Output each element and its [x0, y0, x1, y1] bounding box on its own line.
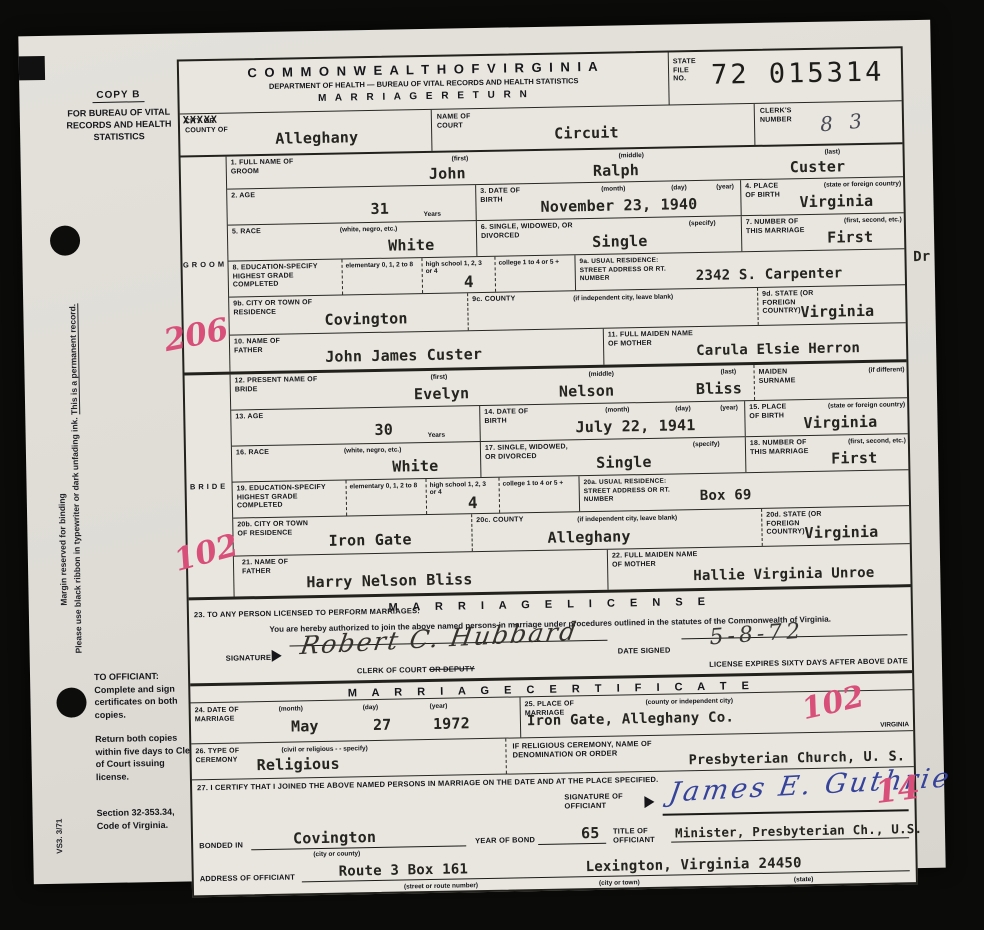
bride-state-cell: 20d. STATE (OR FOREIGN COUNTRY) Virginia: [761, 506, 910, 546]
bride-marriage-number-cell: 18. NUMBER OF THIS MARRIAGE (first, seco…: [745, 434, 909, 472]
bride-education-value: 4: [468, 493, 478, 512]
groom-pob-value: Virginia: [799, 192, 873, 211]
field-label: 22. FULL MAIDEN NAME OF MOTHER: [612, 551, 707, 570]
marriage-year-value: 1972: [433, 714, 470, 733]
groom-residence-cell: 9a. USUAL RESIDENCE: STREET ADDRESS OR R…: [574, 249, 905, 290]
clerk-number-label: CLERK'S NUMBER: [760, 107, 805, 125]
groom-mother-value: Carula Elsie Herron: [696, 340, 860, 359]
year-of-bond-label: YEAR OF BOND: [475, 836, 535, 846]
day-hint: (day): [363, 704, 379, 711]
elementary-option: elementary 0, 1, 2 to 8: [346, 261, 414, 269]
middle-hint: (middle): [619, 152, 644, 159]
court-value: Circuit: [554, 123, 619, 142]
groom-pob-cell: 4. PLACE OF BIRTH (state or foreign coun…: [740, 177, 904, 215]
first-hint: (first): [431, 374, 448, 381]
divider: [421, 258, 423, 293]
ceremony-hint: (civil or religious - - specify): [281, 745, 367, 754]
field-label: 9a. USUAL RESIDENCE: STREET ADDRESS OR R…: [579, 256, 684, 283]
field-label: 2. AGE: [231, 192, 255, 201]
groom-state-cell: 9d. STATE (OR FOREIGN COUNTRY) Virginia: [757, 285, 906, 325]
margin-binding-note: Margin reserved for binding: [57, 493, 69, 606]
bride-residence-cell: 20a. USUAL RESIDENCE: STREET ADDRESS OR …: [578, 470, 909, 511]
state-file-box: STATE FILE NO. 72 015314: [668, 48, 902, 104]
divider: [494, 257, 496, 292]
month-hint: (month): [605, 406, 629, 413]
state-file-number: 72 015314: [711, 57, 885, 91]
address-street-value: Route 3 Box 161: [339, 861, 469, 879]
bride-city-cell: 20b. CITY OR TOWN OF RESIDENCE Iron Gate: [233, 514, 472, 555]
permanent-record-note: This is a permanent record.: [67, 304, 80, 415]
county-value: Alleghany: [275, 128, 358, 148]
field-label: 15. PLACE OF BIRTH: [749, 403, 791, 421]
groom-section: GROOM 1. FULL NAME OF GROOM (first) (mid…: [181, 142, 907, 372]
field-label: 20b. CITY OR TOWN OF RESIDENCE: [237, 520, 317, 538]
clerk-number-cell: CLERK'S NUMBER 8 3: [754, 101, 903, 145]
groom-city-cell: 9b. CITY OR TOWN OF RESIDENCE Covington: [229, 293, 468, 334]
bond-year-line: [538, 843, 606, 845]
license-item-label: 23. TO ANY PERSON LICENSED TO PERFORM MA…: [194, 607, 420, 620]
bride-maiden-cell: MAIDEN SURNAME (if different): [753, 362, 907, 400]
scanned-marriage-record: { "colors":{"pink_ink":"#d8507a","blue_i…: [0, 0, 984, 930]
maiden-hint: (if different): [868, 366, 904, 374]
bride-dob-cell: 14. DATE OF BIRTH (month) (day) (year) J…: [479, 401, 745, 441]
highschool-option: high school 1, 2, 3 or 4: [430, 481, 494, 496]
groom-residence-value: 2342 S. Carpenter: [696, 265, 843, 284]
field-label: 7. NUMBER OF THIS MARRIAGE: [746, 218, 808, 236]
date-signed-label: DATE SIGNED: [618, 647, 671, 656]
ceremony-type-cell: 26. TYPE OF CEREMONY (civil or religious…: [191, 739, 506, 780]
bride-county-value: Alleghany: [547, 527, 630, 547]
groom-age-cell: 2. AGE 31 Years: [227, 185, 476, 225]
county-hint: (if independent city, leave blank): [577, 514, 677, 523]
race-hint: (white, negro, etc.): [344, 446, 402, 454]
officiant-address-label: ADDRESS OF OFFICIANT: [200, 873, 295, 883]
city-or-county-hint: (city or county): [313, 850, 360, 858]
years-label: Years: [428, 432, 445, 439]
ribbon-note-text: Please use black ribbon in typewriter or…: [69, 417, 83, 653]
bride-pob-cell: 15. PLACE OF BIRTH (state or foreign cou…: [744, 398, 908, 436]
header-left: C O M M O N W E A L T H O F V I R G I N …: [179, 53, 669, 114]
month-hint: (month): [279, 705, 303, 712]
state-file-label: STATE FILE NO.: [673, 58, 699, 84]
groom-education-value: 4: [464, 272, 474, 291]
bride-section: BRIDE 12. PRESENT NAME OF BRIDE (first) …: [184, 359, 910, 597]
license-section: M A R R I A G E L I C E N S E 23. TO ANY…: [189, 584, 912, 683]
bride-residence-value: Box 69: [700, 487, 752, 504]
bride-mother-cell: 22. FULL MAIDEN NAME OF MOTHER Hallie Vi…: [607, 544, 911, 590]
officiant-title-label: TITLE OF OFFICIANT: [613, 827, 661, 845]
court-cell: NAME OF COURT Circuit: [431, 104, 755, 151]
bond-year-value: 65: [581, 824, 600, 842]
bride-race-value: White: [392, 457, 438, 476]
groom-race-value: White: [388, 236, 434, 255]
county-hint: (if independent city, leave blank): [573, 293, 673, 302]
bride-first-value: Evelyn: [414, 384, 470, 403]
signature-arrow-icon: [272, 650, 282, 662]
year-hint: (year): [720, 404, 738, 411]
to-officiant-line1: Complete and sign certificates on both c…: [94, 682, 199, 721]
annotation-14: 14: [874, 768, 923, 811]
day-hint: (day): [671, 184, 687, 191]
hole-punch-bottom: [56, 687, 87, 718]
groom-mother-cell: 11. FULL MAIDEN NAME OF MOTHER Carula El…: [603, 323, 907, 365]
marriage-month-value: May: [291, 717, 319, 736]
marriage-return-form: C O M M O N W E A L T H O F V I R G I N …: [177, 46, 918, 897]
bride-middle-value: Nelson: [559, 382, 615, 401]
field-label: 9c. COUNTY: [472, 295, 515, 304]
clerk-of-court-label: CLERK OF COURT OR DEPUTY: [357, 665, 475, 676]
bride-state-value: Virginia: [804, 523, 878, 542]
bride-race-cell: 16. RACE (white, negro, etc.) White: [232, 442, 481, 482]
bride-marital-cell: 17. SINGLE, WIDOWED, OR DIVORCED (specif…: [480, 437, 746, 477]
bride-marriage-number-value: First: [831, 449, 877, 468]
groom-county-cell: 9c. COUNTY (if independent city, leave b…: [467, 288, 758, 330]
groom-state-value: Virginia: [800, 302, 874, 321]
year-hint: (year): [430, 703, 448, 710]
groom-city-value: Covington: [324, 309, 407, 329]
address-zip-value: 24450: [758, 855, 801, 872]
license-expiry-note: LICENSE EXPIRES SIXTY DAYS AFTER ABOVE D…: [709, 657, 908, 669]
number-hint: (first, second, etc.): [848, 437, 906, 445]
divider: [341, 260, 343, 295]
street-hint: (street or route number): [404, 882, 478, 890]
last-hint: (last): [824, 148, 840, 155]
clerk-of-court-text: CLERK OF COURT: [357, 665, 429, 675]
pob-hint: (state or foreign country): [824, 180, 901, 188]
marriage-day-value: 27: [373, 716, 392, 734]
bride-dob-value: July 22, 1941: [575, 416, 695, 436]
maiden-surname-label: MAIDEN SURNAME: [759, 368, 819, 386]
officiant-signature-label: SIGNATURE OF OFFICIANT: [564, 792, 626, 810]
copy-note-line2: RECORDS AND HEALTH: [58, 117, 180, 131]
bonded-in-label: BONDED IN: [199, 841, 243, 850]
groom-father-cell: 10. NAME OF FATHER John James Custer: [230, 329, 604, 372]
field-label: 21. NAME OF FATHER: [242, 558, 297, 576]
divider: [425, 479, 427, 514]
field-label: 4. PLACE OF BIRTH: [745, 182, 787, 200]
bride-city-value: Iron Gate: [328, 530, 411, 550]
scan-corner-artifact: [19, 56, 45, 80]
field-label: 11. FULL MAIDEN NAME OF MOTHER: [608, 330, 703, 349]
field-label: 14. DATE OF BIRTH: [484, 408, 534, 426]
highschool-option: high school 1, 2, 3 or 4: [425, 260, 489, 275]
to-officiant-line2: Return both copies within five days to C…: [95, 731, 200, 783]
field-label: 17. SINGLE, WIDOWED, OR DIVORCED: [485, 443, 580, 462]
bride-pob-value: Virginia: [803, 413, 877, 432]
groom-marital-value: Single: [592, 232, 648, 251]
ceremony-value: Religious: [257, 755, 340, 775]
year-hint: (year): [716, 183, 734, 190]
field-label: 18. NUMBER OF THIS MARRIAGE: [750, 439, 812, 457]
ribbon-note: Please use black ribbon in typewriter or…: [67, 304, 83, 654]
field-label: 9b. CITY OR TOWN OF RESIDENCE: [233, 299, 313, 317]
bride-father-cell: 21. NAME OF FATHER Harry Nelson Bliss: [234, 550, 608, 597]
marriage-date-cell: 24. DATE OF MARRIAGE (month) (day) (year…: [191, 697, 521, 743]
copy-designation: COPY B FOR BUREAU OF VITAL RECORDS AND H…: [57, 83, 180, 143]
groom-last-value: Custer: [790, 157, 846, 176]
bonded-value: Covington: [293, 828, 376, 848]
date-signed-value: 5-8-72: [709, 619, 805, 651]
groom-marriage-number-value: First: [827, 228, 873, 247]
strikeout-x: XXXXX: [183, 115, 218, 127]
college-option: college 1 to 4 or 5 +: [503, 479, 573, 487]
address-city-value: Lexington, Virginia: [585, 856, 749, 875]
field-label: 20c. COUNTY: [476, 516, 523, 525]
field-label: 3. DATE OF BIRTH: [480, 187, 530, 205]
denomination-label: IF RELIGIOUS CEREMONY, NAME OF DENOMINAT…: [512, 739, 702, 759]
month-hint: (month): [601, 185, 625, 192]
number-hint: (first, second, etc.): [844, 216, 902, 224]
specify-hint: (specify): [693, 441, 720, 448]
field-label: 16. RACE: [236, 449, 269, 458]
bride-marital-value: Single: [596, 453, 652, 472]
signature-label: SIGNATURE: [226, 654, 272, 663]
place-hint: (county or independent city): [646, 697, 734, 706]
middle-hint: (middle): [589, 371, 614, 378]
field-label: 10. NAME OF FATHER: [234, 338, 289, 356]
signature-arrow-icon: [644, 796, 654, 808]
court-label: NAME OF COURT: [437, 113, 492, 131]
groom-first-value: John: [429, 164, 466, 183]
day-hint: (day): [675, 405, 691, 412]
groom-marital-cell: 6. SINGLE, WIDOWED, OR DIVORCED (specify…: [476, 216, 742, 256]
college-option: college 1 to 4 or 5 +: [498, 258, 568, 266]
bride-mother-value: Hallie Virginia Unroe: [693, 565, 874, 584]
groom-marriage-number-cell: 7. NUMBER OF THIS MARRIAGE (first, secon…: [741, 213, 905, 251]
divider: [498, 478, 500, 513]
clerk-number-value: 8 3: [819, 108, 868, 136]
document-paper: COPY B FOR BUREAU OF VITAL RECORDS AND H…: [18, 20, 945, 885]
race-hint: (white, negro, etc.): [340, 226, 398, 234]
field-label: 12. PRESENT NAME OF BRIDE: [235, 376, 330, 395]
field-label: 13. AGE: [235, 413, 263, 422]
groom-middle-value: Ralph: [593, 161, 639, 180]
bride-section-label: BRIDE: [190, 481, 229, 491]
county-of-label: COUNTY OF: [185, 127, 228, 136]
or-deputy-struck: OR DEPUTY: [429, 664, 475, 674]
hole-punch-top: [50, 225, 81, 256]
section-ref-2: Code of Virginia.: [97, 818, 201, 832]
field-label: 26. TYPE OF CEREMONY: [195, 747, 255, 765]
marriage-place-value: Iron Gate, Alleghany Co.: [527, 709, 734, 729]
city-town-hint: (city or town): [599, 879, 640, 887]
last-hint: (last): [721, 368, 737, 375]
groom-age-value: 31: [370, 200, 389, 218]
license-title: M A R R I A G E L I C E N S E: [388, 596, 711, 614]
field-label: 8. EDUCATION-SPECIFY HIGHEST GRADE COMPL…: [233, 263, 333, 290]
groom-residence-overflow: Dr: [913, 249, 931, 265]
county-cell: CITY OR XXXXX COUNTY OF Alleghany: [180, 110, 432, 156]
specify-hint: (specify): [689, 220, 716, 227]
groom-father-value: John James Custer: [325, 345, 482, 366]
to-officiant-block: TO OFFICIANT: Complete and sign certific…: [94, 669, 200, 783]
field-label: 1. FULL NAME OF GROOM: [231, 158, 321, 177]
groom-section-label: GROOM: [183, 260, 227, 270]
field-label: 6. SINGLE, WIDOWED, OR DIVORCED: [481, 222, 576, 241]
virginia-printed-label: VIRGINIA: [880, 721, 909, 729]
first-hint: (first): [452, 155, 469, 162]
bride-last-value: Bliss: [696, 379, 742, 398]
bride-age-value: 30: [374, 421, 393, 439]
code-reference: Section 32-353.34, Code of Virginia.: [96, 805, 200, 832]
bride-county-cell: 20c. COUNTY (if independent city, leave …: [471, 509, 762, 551]
field-label: 20a. USUAL RESIDENCE: STREET ADDRESS OR …: [584, 477, 689, 504]
years-label: Years: [424, 211, 441, 218]
pob-hint: (state or foreign country): [828, 401, 905, 409]
field-label: 19. EDUCATION-SPECIFY HIGHEST GRADE COMP…: [237, 484, 337, 511]
groom-dob-cell: 3. DATE OF BIRTH (month) (day) (year) No…: [475, 180, 741, 220]
copy-label: COPY B: [92, 89, 144, 103]
copy-note-line3: STATISTICS: [58, 129, 180, 143]
form-code: VS3. 3/71: [55, 819, 65, 854]
field-label: 24. DATE OF MARRIAGE: [195, 706, 255, 724]
divider: [345, 480, 347, 515]
groom-race-cell: 5. RACE (white, negro, etc.) White: [228, 221, 477, 261]
bride-father-value: Harry Nelson Bliss: [306, 570, 472, 591]
state-hint: (state): [794, 876, 814, 883]
denomination-value: Presbyterian Church, U. S.: [689, 748, 906, 768]
field-label: 5. RACE: [232, 228, 261, 237]
groom-dob-value: November 23, 1940: [540, 195, 697, 216]
bride-age-cell: 13. AGE 30 Years: [231, 406, 480, 446]
elementary-option: elementary 0, 1, 2 to 8: [350, 482, 418, 490]
